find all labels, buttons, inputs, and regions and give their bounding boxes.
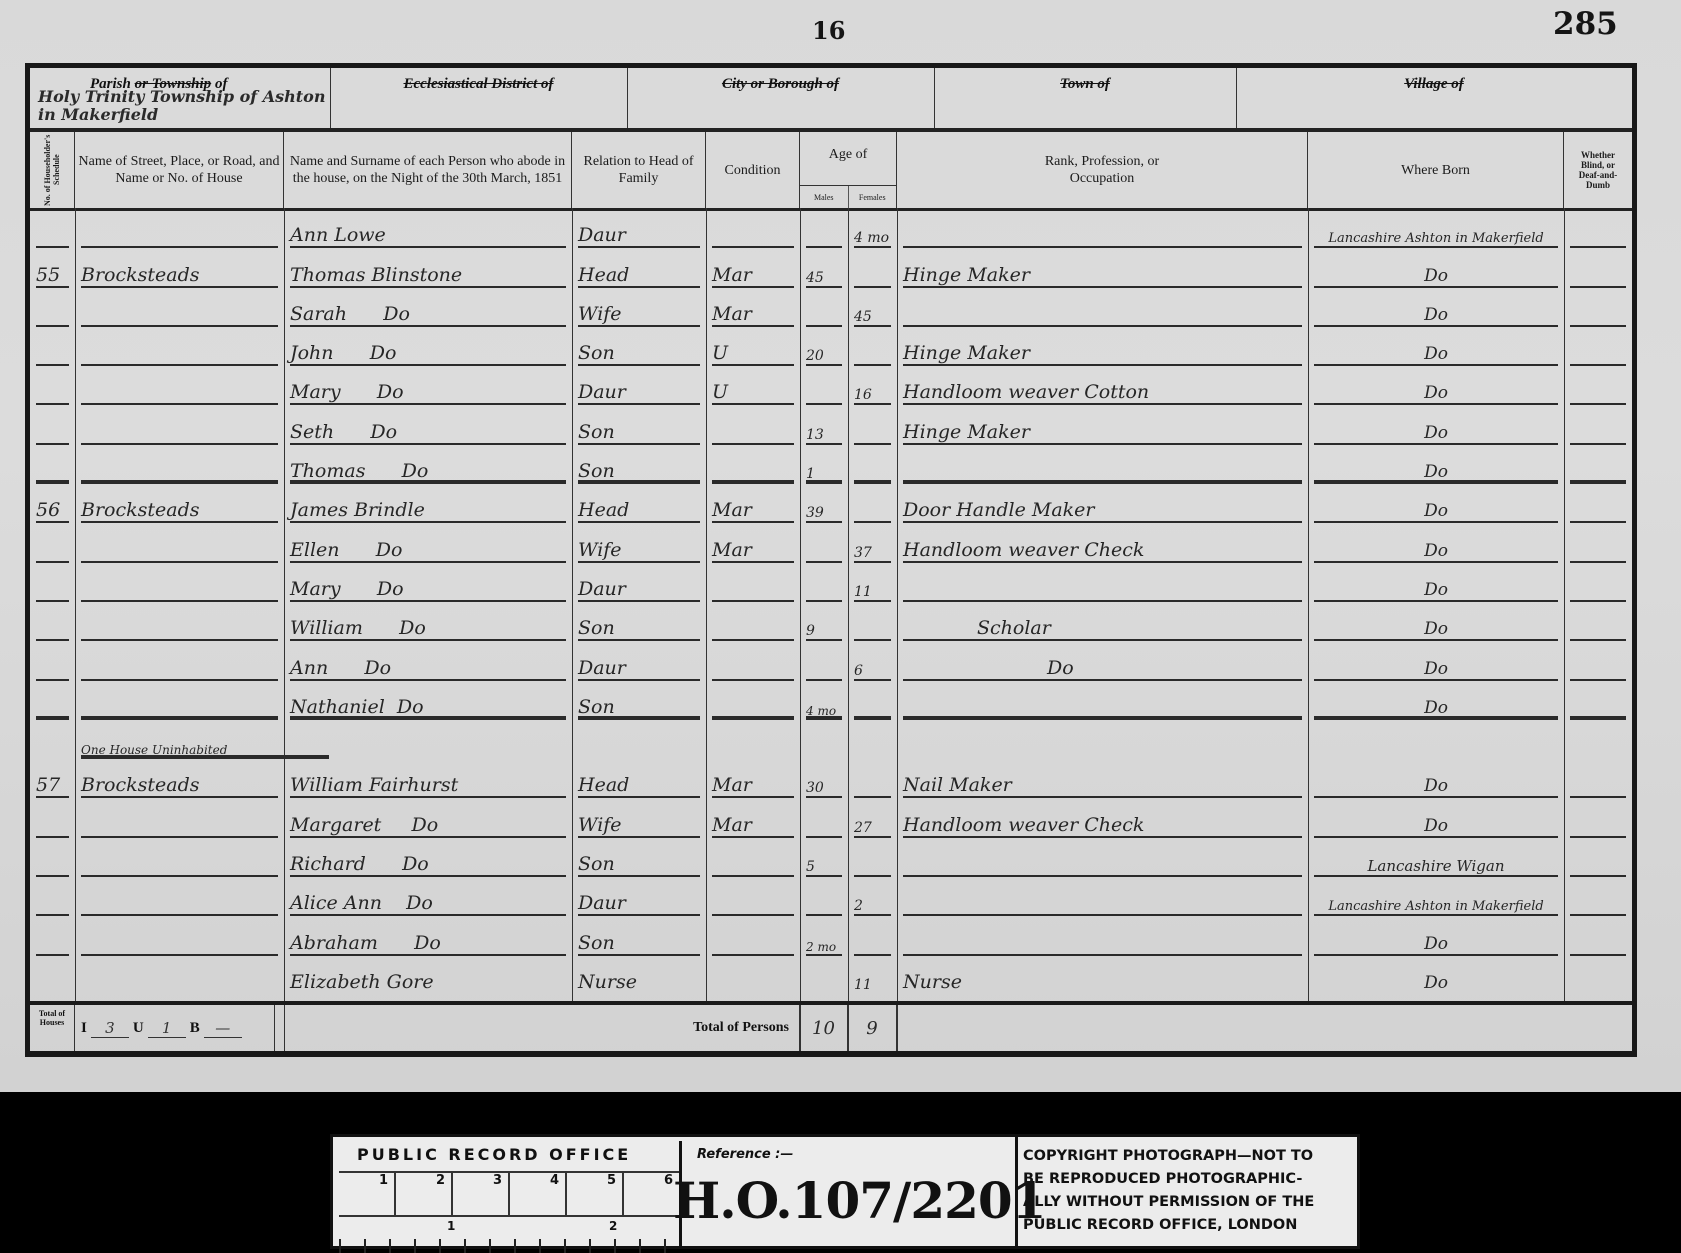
table-row: Ellen Do Wife Mar 37 Handloom weaver Che…	[30, 525, 1632, 564]
ecclesiastical-district-cell: Ecclesiastical District of	[330, 68, 628, 128]
birthplace: Do	[1308, 918, 1564, 957]
table-row-uninhabited: One House Uninhabited	[30, 722, 1632, 761]
houses-counts: I 3 U 1 B —	[75, 1005, 275, 1051]
male-age	[800, 958, 848, 997]
ruler-mark: 3	[453, 1173, 510, 1215]
reference-panel: Reference :— H.O.107/2201	[685, 1137, 1018, 1246]
census-page: 16 285 Parish or Township of Holy Trinit…	[0, 0, 1681, 1092]
female-age	[848, 918, 897, 957]
parish-value: Holy Trinity Township of Ashton in Maker…	[38, 88, 328, 124]
table-row: Seth Do Son 13 Hinge Maker Do	[30, 407, 1632, 446]
street	[75, 840, 284, 879]
female-age	[848, 683, 897, 722]
empty	[335, 722, 572, 761]
female-age: 27	[848, 800, 897, 839]
schedule-number: 57	[30, 761, 75, 800]
condition	[706, 643, 800, 682]
relation: Son	[572, 604, 706, 643]
schedule-number	[30, 290, 75, 329]
uninhabited-note: One House Uninhabited	[75, 722, 335, 761]
table-row: Mary Do Daur 11 Do	[30, 565, 1632, 604]
relation: Daur	[572, 565, 706, 604]
blind-deaf	[1564, 918, 1632, 957]
person-name: Ann Do	[284, 643, 572, 682]
blind-deaf	[1564, 604, 1632, 643]
condition	[706, 879, 800, 918]
schedule-number	[30, 329, 75, 368]
ruler-mark: 1	[339, 1173, 396, 1215]
ruler-scale-bottom: 1 2	[339, 1217, 679, 1253]
birthplace: Do	[1308, 761, 1564, 800]
birthplace: Do	[1308, 486, 1564, 525]
village-label: Village of	[1236, 76, 1632, 93]
birthplace: Do	[1308, 407, 1564, 446]
person-name: Ellen Do	[284, 525, 572, 564]
blind-deaf	[1564, 683, 1632, 722]
col-schedule: No. of Householder's Schedule	[30, 132, 75, 208]
age-subheader: Males Females	[800, 185, 896, 208]
table-row: 57 Brocksteads William Fairhurst Head Ma…	[30, 761, 1632, 800]
relation: Head	[572, 761, 706, 800]
person-name: Margaret Do	[284, 800, 572, 839]
condition	[706, 211, 800, 250]
female-age: 6	[848, 643, 897, 682]
blind-deaf	[1564, 407, 1632, 446]
female-age	[848, 447, 897, 486]
occupation: Do	[897, 643, 1308, 682]
blind-deaf	[1564, 761, 1632, 800]
street	[75, 368, 284, 407]
copyright-line: BE REPRODUCED PHOTOGRAPHIC-	[1023, 1168, 1351, 1191]
person-name: Abraham Do	[284, 918, 572, 957]
occupation: Hinge Maker	[897, 329, 1308, 368]
birthplace: Do	[1308, 329, 1564, 368]
ruler-mark: 4	[510, 1173, 567, 1215]
ruler-scale-top: 1 2 3 4 5 6	[339, 1173, 679, 1217]
relation: Nurse	[572, 958, 706, 997]
copyright-notice: COPYRIGHT PHOTOGRAPH—NOT TO BE REPRODUCE…	[1023, 1145, 1351, 1237]
schedule-number	[30, 840, 75, 879]
female-age	[848, 329, 897, 368]
female-age	[848, 407, 897, 446]
male-age	[800, 879, 848, 918]
schedule-number	[30, 407, 75, 446]
person-name: Thomas Do	[284, 447, 572, 486]
ruler-mark: 6	[624, 1173, 679, 1215]
occupation: Handloom weaver Check	[897, 800, 1308, 839]
blind-deaf	[1564, 565, 1632, 604]
total-persons-label: Total of Persons	[275, 1005, 799, 1051]
parish-cell: Parish or Township of Holy Trinity Towns…	[30, 68, 331, 128]
street	[75, 525, 284, 564]
birthplace: Do	[1308, 565, 1564, 604]
ruler-mark: 1	[447, 1219, 455, 1233]
street	[75, 958, 284, 997]
ruler-ticks	[339, 1239, 679, 1253]
occupation	[897, 840, 1308, 879]
male-age: 30	[800, 761, 848, 800]
col-born: Where Born	[1308, 132, 1564, 208]
table-row: Alice Ann Do Daur 2 Lancashire Ashton in…	[30, 879, 1632, 918]
street: Brocksteads	[75, 486, 284, 525]
female-age: 45	[848, 290, 897, 329]
occupation: Handloom weaver Check	[897, 525, 1308, 564]
male-age	[800, 290, 848, 329]
blind-deaf	[1564, 329, 1632, 368]
occupation: Nail Maker	[897, 761, 1308, 800]
birthplace: Do	[1308, 290, 1564, 329]
male-age	[800, 368, 848, 407]
occupation: Nurse	[897, 958, 1308, 997]
schedule-page-number: 16	[812, 16, 845, 45]
table-row: Abraham Do Son 2 mo Do	[30, 918, 1632, 957]
condition	[706, 840, 800, 879]
male-age	[800, 211, 848, 250]
total-males: 10	[800, 1005, 848, 1051]
table-row: William Do Son 9 Scholar Do	[30, 604, 1632, 643]
male-age: 2 mo	[800, 918, 848, 957]
street	[75, 211, 284, 250]
birthplace: Lancashire Ashton in Makerfield	[1308, 879, 1564, 918]
table-row: 55 Brocksteads Thomas Blinstone Head Mar…	[30, 250, 1632, 289]
place-header: Parish or Township of Holy Trinity Towns…	[30, 68, 1632, 132]
birthplace: Do	[1308, 958, 1564, 997]
male-age: 9	[800, 604, 848, 643]
person-name: John Do	[284, 329, 572, 368]
relation: Wife	[572, 290, 706, 329]
relation: Head	[572, 486, 706, 525]
col-age: Age of Males Females	[800, 132, 897, 208]
ruler-mark: 5	[567, 1173, 624, 1215]
relation: Son	[572, 447, 706, 486]
table-row: Elizabeth Gore Nurse 11 Nurse Do	[30, 958, 1632, 997]
col-relation: Relation to Head of Family	[572, 132, 706, 208]
person-name: William Fairhurst	[284, 761, 572, 800]
street	[75, 643, 284, 682]
condition	[706, 958, 800, 997]
schedule-number: 56	[30, 486, 75, 525]
schedule-number	[30, 879, 75, 918]
male-age	[800, 643, 848, 682]
col-age-males: Males	[800, 186, 849, 208]
table-row: 56 Brocksteads James Brindle Head Mar 39…	[30, 486, 1632, 525]
birthplace: Do	[1308, 447, 1564, 486]
table-row: Ann Do Daur 6 Do Do	[30, 643, 1632, 682]
relation: Daur	[572, 211, 706, 250]
female-age	[848, 840, 897, 879]
relation: Son	[572, 840, 706, 879]
schedule-number	[30, 525, 75, 564]
person-name: Thomas Blinstone	[284, 250, 572, 289]
female-age: 11	[848, 565, 897, 604]
male-age: 39	[800, 486, 848, 525]
condition: Mar	[706, 250, 800, 289]
street	[75, 447, 284, 486]
person-name: Sarah Do	[284, 290, 572, 329]
condition	[706, 918, 800, 957]
condition: Mar	[706, 290, 800, 329]
census-form: Parish or Township of Holy Trinity Towns…	[25, 63, 1637, 1057]
blind-deaf	[1564, 290, 1632, 329]
building-count: —	[204, 1019, 242, 1038]
condition: Mar	[706, 486, 800, 525]
female-age: 16	[848, 368, 897, 407]
female-age: 2	[848, 879, 897, 918]
male-age	[800, 525, 848, 564]
occupation	[897, 565, 1308, 604]
birthplace: Do	[1308, 604, 1564, 643]
condition: Mar	[706, 800, 800, 839]
table-row: Sarah Do Wife Mar 45 Do	[30, 290, 1632, 329]
schedule-number	[30, 958, 75, 997]
female-age	[848, 250, 897, 289]
copyright-line: COPYRIGHT PHOTOGRAPH—NOT TO	[1023, 1145, 1351, 1168]
birthplace: Do	[1308, 250, 1564, 289]
total-females: 9	[848, 1005, 897, 1051]
column-header-row: No. of Householder's Schedule Name of St…	[30, 132, 1632, 211]
condition: U	[706, 368, 800, 407]
col-name: Name and Surname of each Person who abod…	[284, 132, 572, 208]
copyright-line: PUBLIC RECORD OFFICE, LONDON	[1023, 1214, 1351, 1237]
condition	[706, 565, 800, 604]
relation: Son	[572, 329, 706, 368]
city-borough-label: City or Borough of	[627, 76, 934, 93]
condition	[706, 407, 800, 446]
female-age: 4 mo	[848, 211, 897, 250]
female-age	[848, 486, 897, 525]
blind-deaf	[1564, 525, 1632, 564]
schedule-number	[30, 643, 75, 682]
street	[75, 683, 284, 722]
blind-deaf	[1564, 211, 1632, 250]
person-name: Ann Lowe	[284, 211, 572, 250]
totals-row: Total of Houses I 3 U 1 B — Total of Per…	[30, 1001, 1632, 1051]
col-street: Name of Street, Place, or Road, and Name…	[75, 132, 284, 208]
birthplace: Do	[1308, 368, 1564, 407]
reference-number: H.O.107/2201	[673, 1171, 1045, 1230]
person-name: Seth Do	[284, 407, 572, 446]
schedule-number	[30, 683, 75, 722]
birthplace: Lancashire Wigan	[1308, 840, 1564, 879]
blind-deaf	[1564, 879, 1632, 918]
occupation	[897, 683, 1308, 722]
table-row: Margaret Do Wife Mar 27 Handloom weaver …	[30, 800, 1632, 839]
birthplace: Do	[1308, 800, 1564, 839]
female-age	[848, 761, 897, 800]
occupation: Handloom weaver Cotton	[897, 368, 1308, 407]
schedule-number	[30, 368, 75, 407]
ruler-mark: 2	[396, 1173, 453, 1215]
col-age-females: Females	[849, 186, 897, 208]
town-cell: Town of	[934, 68, 1237, 128]
person-name: Elizabeth Gore	[284, 958, 572, 997]
pro-title: PUBLIC RECORD OFFICE	[339, 1141, 679, 1173]
relation: Son	[572, 407, 706, 446]
col-blind: Whether Blind, or Deaf-and-Dumb	[1564, 132, 1632, 208]
street	[75, 879, 284, 918]
occupation	[897, 290, 1308, 329]
village-cell: Village of	[1236, 68, 1632, 128]
occupation: Hinge Maker	[897, 250, 1308, 289]
relation: Daur	[572, 879, 706, 918]
female-age	[848, 604, 897, 643]
reference-label: Reference :—	[697, 1147, 793, 1162]
ecclesiastical-district-label: Ecclesiastical District of	[330, 76, 627, 93]
occupation	[897, 879, 1308, 918]
copyright-line: ALLY WITHOUT PERMISSION OF THE	[1023, 1191, 1351, 1214]
birthplace: Do	[1308, 643, 1564, 682]
total-houses-label: Total of Houses	[30, 1005, 75, 1051]
female-age: 11	[848, 958, 897, 997]
pro-reference-label: PUBLIC RECORD OFFICE 1 2 3 4 5 6 1 2 Ref…	[330, 1134, 1360, 1249]
condition	[706, 447, 800, 486]
inhabited-count: 3	[91, 1019, 129, 1038]
table-row: Nathaniel Do Son 4 mo Do	[30, 683, 1632, 722]
folio-number: 285	[1553, 6, 1618, 42]
table-row: John Do Son U 20 Hinge Maker Do	[30, 329, 1632, 368]
household-rows: Ann Lowe Daur 4 mo Lancashire Ashton in …	[30, 211, 1632, 997]
uninhabited-label: U	[133, 1020, 144, 1037]
condition: Mar	[706, 761, 800, 800]
person-name: Mary Do	[284, 565, 572, 604]
col-condition: Condition	[706, 132, 800, 208]
street	[75, 800, 284, 839]
birthplace: Do	[1308, 683, 1564, 722]
city-borough-cell: City or Borough of	[627, 68, 935, 128]
uninhabited-count: 1	[148, 1019, 186, 1038]
male-age	[800, 565, 848, 604]
schedule-number	[30, 211, 75, 250]
street: Brocksteads	[75, 250, 284, 289]
relation: Head	[572, 250, 706, 289]
persons-label-cell: Total of Persons	[275, 1005, 800, 1051]
condition	[706, 604, 800, 643]
street	[75, 565, 284, 604]
relation: Son	[572, 918, 706, 957]
occupation: Hinge Maker	[897, 407, 1308, 446]
person-name: William Do	[284, 604, 572, 643]
blind-deaf	[1564, 447, 1632, 486]
birthplace: Do	[1308, 525, 1564, 564]
street: Brocksteads	[75, 761, 284, 800]
blind-deaf	[1564, 643, 1632, 682]
person-name: Alice Ann Do	[284, 879, 572, 918]
relation: Wife	[572, 525, 706, 564]
street	[75, 407, 284, 446]
relation: Daur	[572, 643, 706, 682]
blind-deaf	[1564, 250, 1632, 289]
occupation: Scholar	[897, 604, 1308, 643]
male-age: 4 mo	[800, 683, 848, 722]
table-row: Richard Do Son 5 Lancashire Wigan	[30, 840, 1632, 879]
street	[75, 329, 284, 368]
street	[75, 604, 284, 643]
ruler-mark: 2	[609, 1219, 617, 1233]
blind-deaf	[1564, 368, 1632, 407]
condition: Mar	[706, 525, 800, 564]
schedule-number: 55	[30, 250, 75, 289]
schedule-number	[30, 565, 75, 604]
occupation	[897, 918, 1308, 957]
person-name: James Brindle	[284, 486, 572, 525]
occupation	[897, 211, 1308, 250]
schedule-number	[30, 604, 75, 643]
schedule-number	[30, 918, 75, 957]
male-age: 45	[800, 250, 848, 289]
table-row: Ann Lowe Daur 4 mo Lancashire Ashton in …	[30, 211, 1632, 250]
condition: U	[706, 329, 800, 368]
occupation: Door Handle Maker	[897, 486, 1308, 525]
schedule-number	[30, 800, 75, 839]
relation: Son	[572, 683, 706, 722]
building-label: B	[190, 1020, 200, 1037]
street	[75, 918, 284, 957]
table-row: Thomas Do Son 1 Do	[30, 447, 1632, 486]
male-age: 20	[800, 329, 848, 368]
blind-deaf	[1564, 840, 1632, 879]
table-row: Mary Do Daur U 16 Handloom weaver Cotton…	[30, 368, 1632, 407]
inhabited-label: I	[81, 1020, 87, 1037]
male-age: 13	[800, 407, 848, 446]
birthplace: Lancashire Ashton in Makerfield	[1308, 211, 1564, 250]
person-name: Richard Do	[284, 840, 572, 879]
occupation	[897, 447, 1308, 486]
pro-ruler-panel: PUBLIC RECORD OFFICE 1 2 3 4 5 6 1 2	[339, 1141, 682, 1246]
person-name: Nathaniel Do	[284, 683, 572, 722]
condition	[706, 683, 800, 722]
relation: Daur	[572, 368, 706, 407]
male-age	[800, 800, 848, 839]
town-label: Town of	[934, 76, 1236, 93]
male-age: 5	[800, 840, 848, 879]
col-age-label: Age of	[829, 146, 868, 163]
female-age: 37	[848, 525, 897, 564]
col-occupation: Rank, Profession, or Occupation	[897, 132, 1308, 208]
blind-deaf	[1564, 486, 1632, 525]
person-name: Mary Do	[284, 368, 572, 407]
schedule-number	[30, 447, 75, 486]
male-age: 1	[800, 447, 848, 486]
relation: Wife	[572, 800, 706, 839]
street	[75, 290, 284, 329]
blind-deaf	[1564, 800, 1632, 839]
